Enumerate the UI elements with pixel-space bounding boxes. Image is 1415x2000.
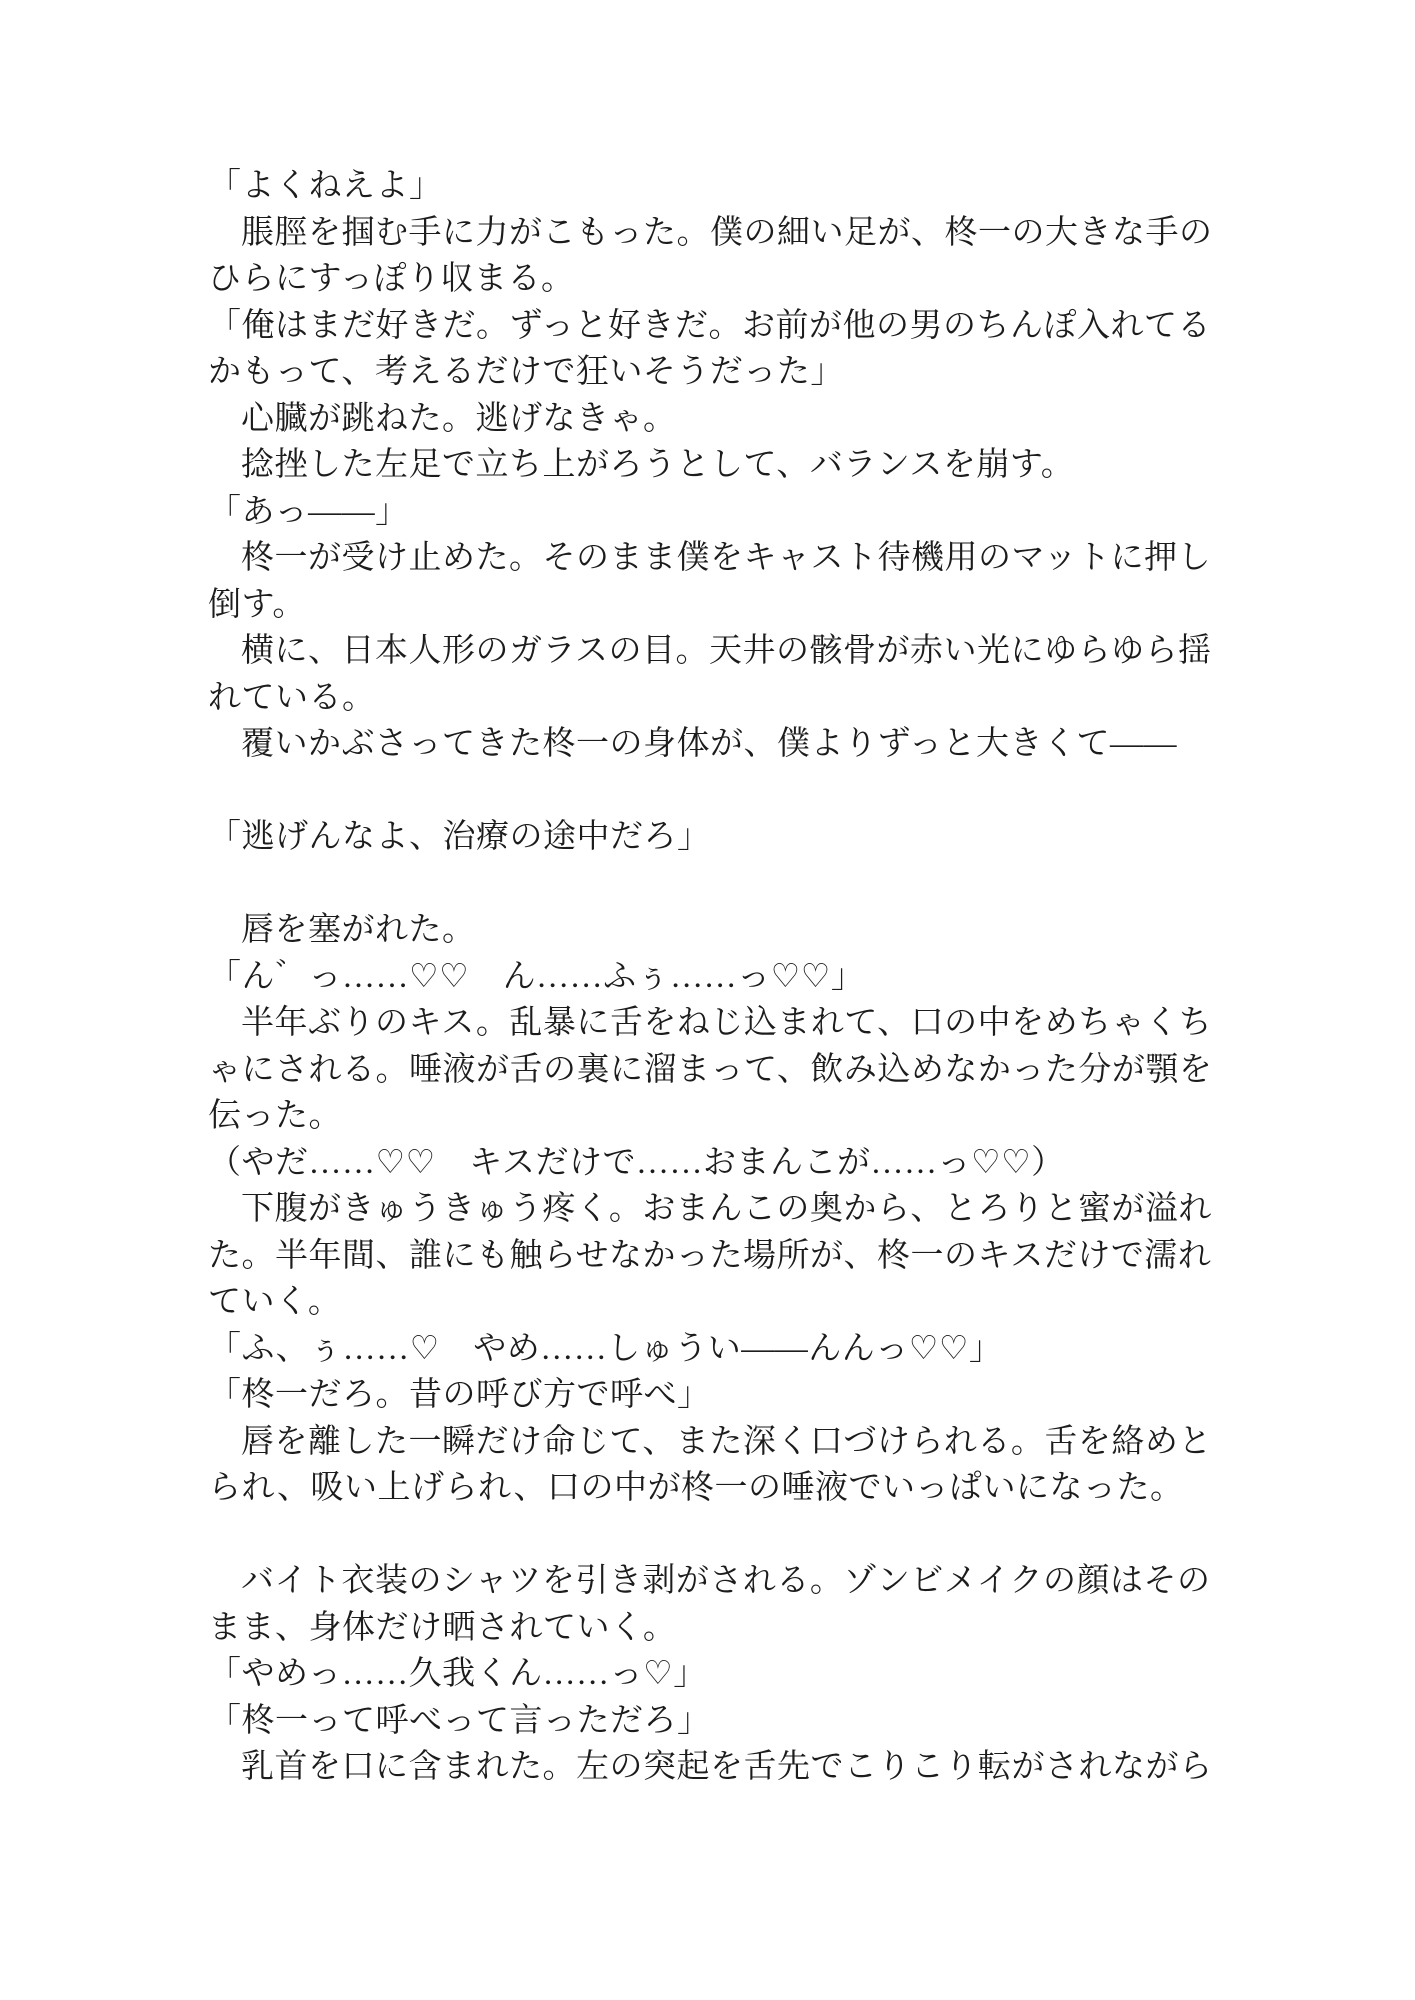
text-line: た。半年間、誰にも触らせなかった場所が、柊一のキスだけで濡れ bbox=[208, 1233, 1218, 1280]
text-line: られ、吸い上げられ、口の中が柊一の唾液でいっぱいになった。 bbox=[208, 1465, 1218, 1512]
text-line: バイト衣装のシャツを引き剥がされる。ゾンビメイクの顔はその bbox=[208, 1558, 1218, 1605]
text-lines: 「よくねえよ」脹脛を掴む手に力がこもった。僕の細い足が、柊一の大きな手のひらにす… bbox=[208, 163, 1218, 1791]
text-line: 柊一が受け止めた。そのまま僕をキャスト待機用のマットに押し bbox=[208, 535, 1218, 582]
text-line: 「ん゛っ……♡♡ ん……ふぅ……っ♡♡」 bbox=[208, 954, 1218, 1001]
text-line bbox=[208, 768, 1218, 815]
text-line: かもって、考えるだけで狂いそうだった」 bbox=[208, 349, 1218, 396]
text-line: 覆いかぶさってきた柊一の身体が、僕よりずっと大きくて―― bbox=[208, 721, 1218, 768]
text-line: 脹脛を掴む手に力がこもった。僕の細い足が、柊一の大きな手の bbox=[208, 210, 1218, 257]
text-line: 横に、日本人形のガラスの目。天井の骸骨が赤い光にゆらゆら揺 bbox=[208, 628, 1218, 675]
text-line: 下腹がきゅうきゅう疼く。おまんこの奥から、とろりと蜜が溢れ bbox=[208, 1186, 1218, 1233]
text-line: 心臓が跳ねた。逃げなきゃ。 bbox=[208, 396, 1218, 443]
text-line bbox=[208, 1512, 1218, 1559]
text-line: ていく。 bbox=[208, 1279, 1218, 1326]
text-line: 唇を離した一瞬だけ命じて、また深く口づけられる。舌を絡めと bbox=[208, 1419, 1218, 1466]
text-line: 倒す。 bbox=[208, 582, 1218, 629]
document-page: 「よくねえよ」脹脛を掴む手に力がこもった。僕の細い足が、柊一の大きな手のひらにす… bbox=[0, 0, 1415, 2000]
text-line: 「よくねえよ」 bbox=[208, 163, 1218, 210]
text-line: （やだ……♡♡ キスだけで……おまんこが……っ♡♡） bbox=[208, 1140, 1218, 1187]
text-line: 「柊一って呼べって言っただろ」 bbox=[208, 1698, 1218, 1745]
text-line: 乳首を口に含まれた。左の突起を舌先でこりこり転がされながら bbox=[208, 1744, 1218, 1791]
text-line: 伝った。 bbox=[208, 1093, 1218, 1140]
text-line: 唇を塞がれた。 bbox=[208, 907, 1218, 954]
text-line: れている。 bbox=[208, 675, 1218, 722]
text-line bbox=[208, 861, 1218, 908]
text-line: 「逃げんなよ、治療の途中だろ」 bbox=[208, 814, 1218, 861]
text-line: 「俺はまだ好きだ。ずっと好きだ。お前が他の男のちんぽ入れてる bbox=[208, 303, 1218, 350]
text-line: ひらにすっぽり収まる。 bbox=[208, 256, 1218, 303]
text-line: 捻挫した左足で立ち上がろうとして、バランスを崩す。 bbox=[208, 442, 1218, 489]
text-line: 「柊一だろ。昔の呼び方で呼べ」 bbox=[208, 1372, 1218, 1419]
text-line: ゃにされる。唾液が舌の裏に溜まって、飲み込めなかった分が顎を bbox=[208, 1047, 1218, 1094]
text-line: 「ふ、ぅ……♡ やめ……しゅうい――んんっ♡♡」 bbox=[208, 1326, 1218, 1373]
text-line: 「あっ――」 bbox=[208, 489, 1218, 536]
text-line: 半年ぶりのキス。乱暴に舌をねじ込まれて、口の中をめちゃくち bbox=[208, 1000, 1218, 1047]
text-line: まま、身体だけ晒されていく。 bbox=[208, 1605, 1218, 1652]
text-line: 「やめっ……久我くん……っ♡」 bbox=[208, 1651, 1218, 1698]
